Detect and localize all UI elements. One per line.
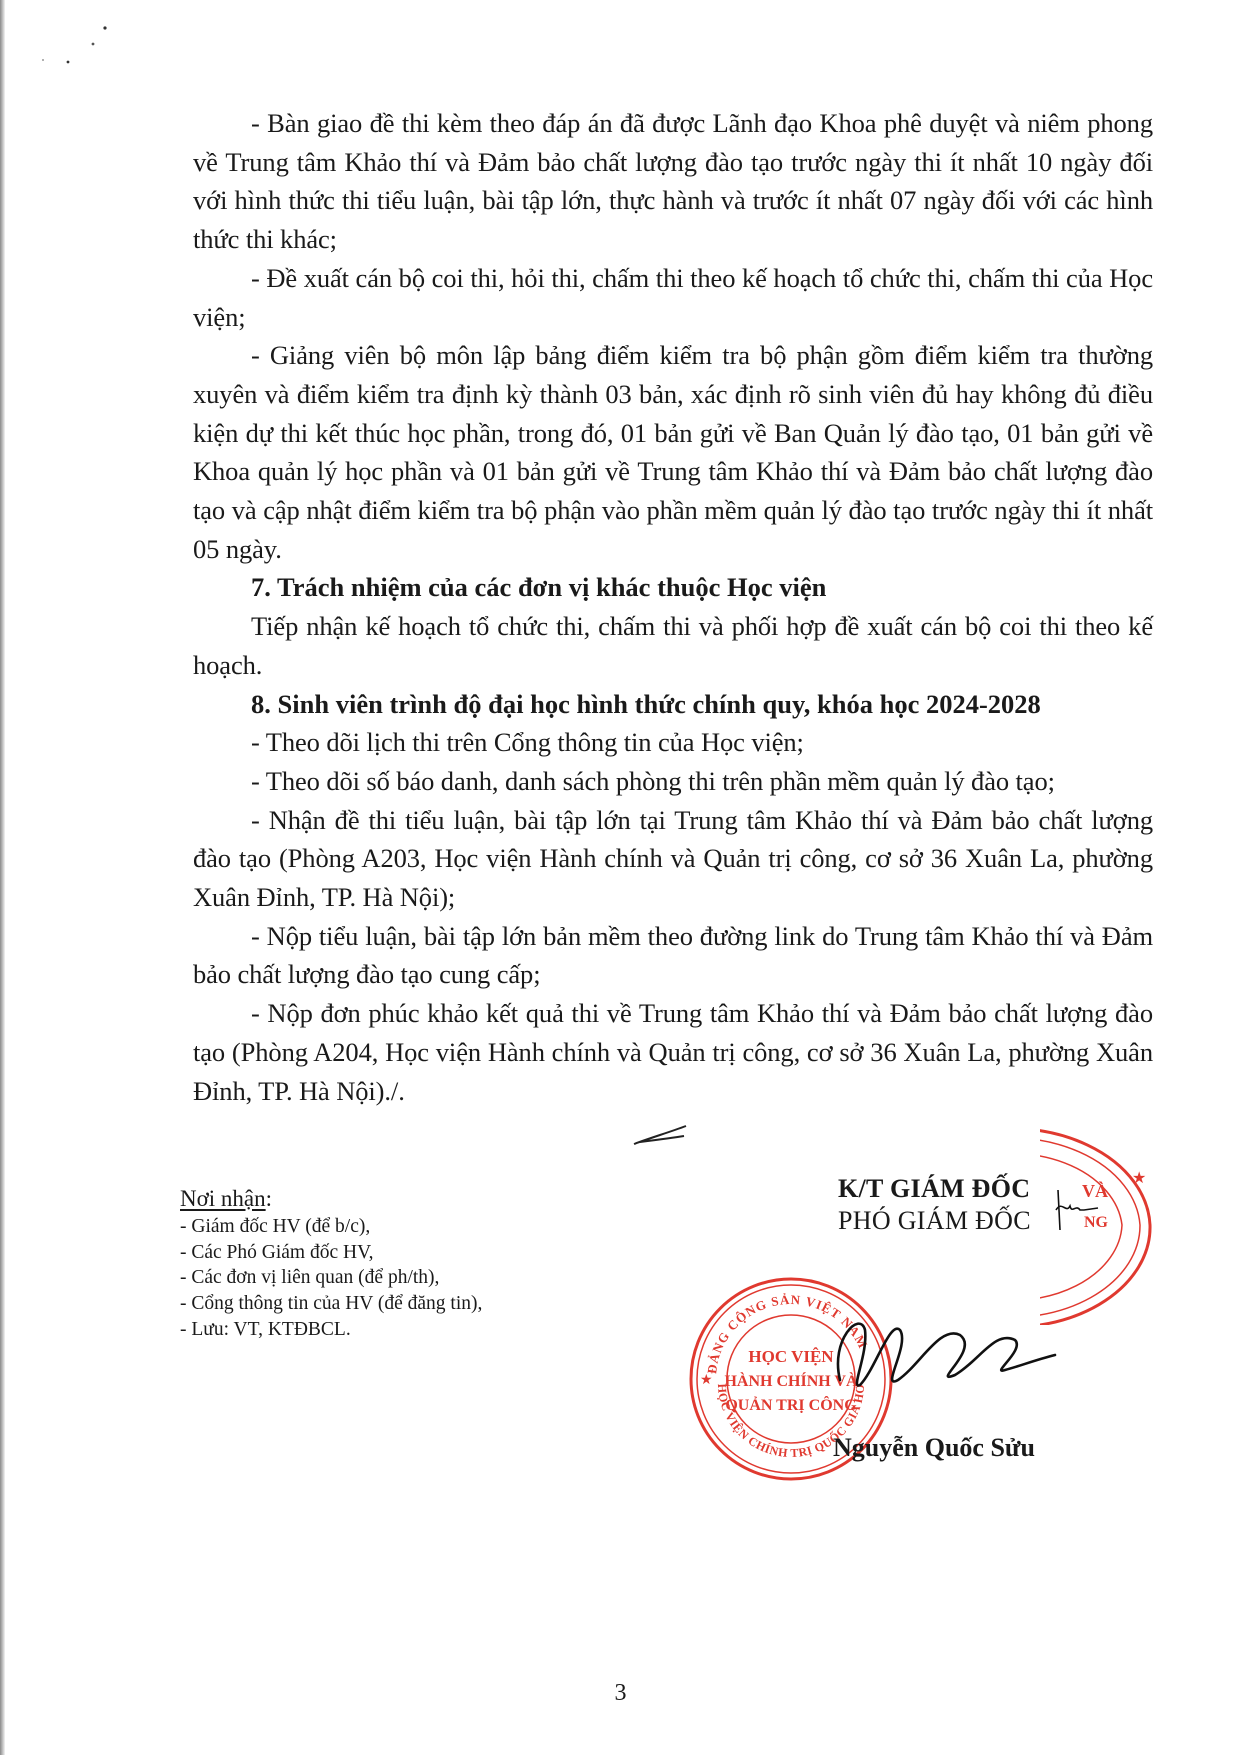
- paragraph-gradebook: - Giảng viên bộ môn lập bảng điểm kiểm t…: [193, 336, 1153, 568]
- signer-name: Nguyễn Quốc Sửu: [833, 1432, 1035, 1464]
- position-title: PHÓ GIÁM ĐỐC: [838, 1205, 1031, 1237]
- recipient-item: - Lưu: VT, KTĐBCL.: [180, 1317, 482, 1343]
- section-8-item: - Nộp tiểu luận, bài tập lớn bản mềm the…: [193, 917, 1153, 994]
- scan-border: [0, 0, 5, 1755]
- recipient-item: - Giám đốc HV (để b/c),: [180, 1214, 482, 1240]
- section-8-item: - Nộp đơn phúc khảo kết quả thi về Trung…: [193, 994, 1153, 1110]
- recipients-title: Nơi nhận: [180, 1186, 266, 1211]
- section-8-item: - Theo dõi lịch thi trên Cổng thông tin …: [193, 723, 1153, 762]
- recipient-item: - Các Phó Giám đốc HV,: [180, 1240, 482, 1266]
- page-number: 3: [0, 1680, 1241, 1707]
- svg-text:★: ★: [700, 1373, 713, 1388]
- paragraph-propose-proctors: - Đề xuất cán bộ coi thi, hỏi thi, chấm …: [193, 259, 1153, 336]
- recipients-block: Nơi nhận: - Giám đốc HV (để b/c), - Các …: [180, 1184, 482, 1343]
- end-mark-icon: [630, 1122, 690, 1152]
- section-8-item: - Theo dõi số báo danh, danh sách phòng …: [193, 762, 1153, 801]
- section-7-heading: 7. Trách nhiệm của các đơn vị khác thuộc…: [193, 568, 1153, 607]
- document-body: - Bàn giao đề thi kèm theo đáp án đã đượ…: [193, 104, 1153, 1110]
- initial-signature-icon: [1050, 1180, 1100, 1240]
- on-behalf-title: K/T GIÁM ĐỐC: [838, 1173, 1031, 1205]
- section-8-item: - Nhận đề thi tiểu luận, bài tập lớn tại…: [193, 801, 1153, 917]
- section-7-body: Tiếp nhận kế hoạch tổ chức thi, chấm thi…: [193, 607, 1153, 684]
- svg-text:★: ★: [1132, 1170, 1146, 1187]
- recipient-item: - Cổng thông tin của HV (để đăng tin),: [180, 1291, 482, 1317]
- paragraph-handover-exam: - Bàn giao đề thi kèm theo đáp án đã đượ…: [193, 104, 1153, 259]
- scan-specks: [0, 0, 200, 80]
- signature-block: K/T GIÁM ĐỐC PHÓ GIÁM ĐỐC: [838, 1173, 1031, 1237]
- handwritten-signature-icon: [820, 1300, 1060, 1410]
- recipient-item: - Các đơn vị liên quan (để ph/th),: [180, 1265, 482, 1291]
- section-8-heading: 8. Sinh viên trình độ đại học hình thức …: [193, 685, 1153, 724]
